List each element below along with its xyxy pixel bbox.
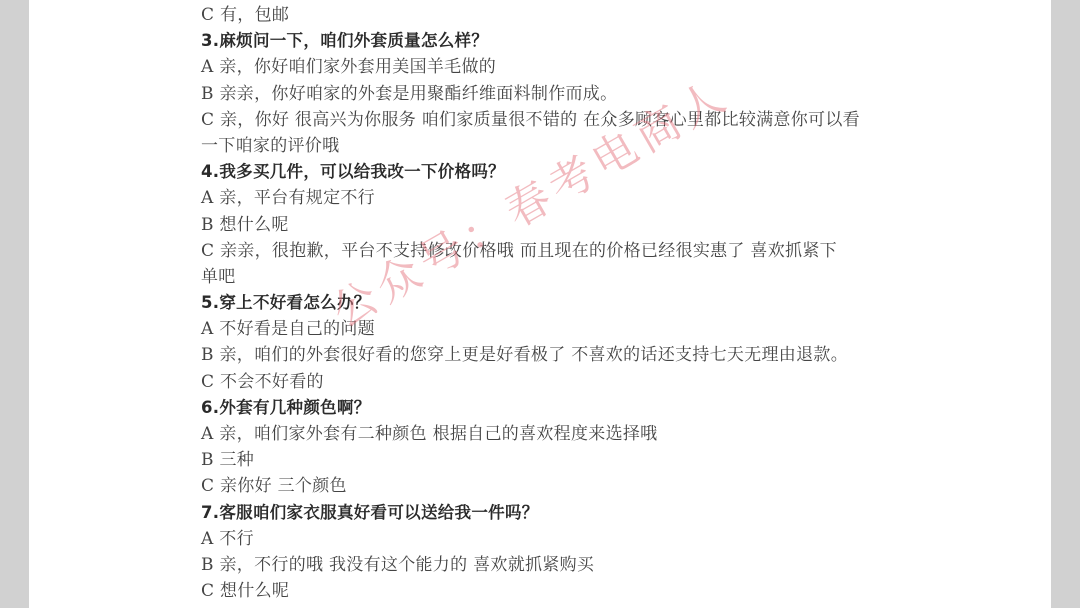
option-line: A 亲，咱们家外套有二种颜色 根据自己的喜欢程度来选择哦 [201,421,941,447]
document-page: C 有，包邮 3.麻烦问一下，咱们外套质量怎么样？ A 亲，你好咱们家外套用美国… [29,0,1051,608]
document-content: C 有，包邮 3.麻烦问一下，咱们外套质量怎么样？ A 亲，你好咱们家外套用美国… [201,2,941,604]
option-line: C 有，包邮 [201,2,941,28]
option-line: C 亲亲，很抱歉，平台不支持修改价格哦 而且现在的价格已经很实惠了 喜欢抓紧下 [201,238,941,264]
question-heading: 5.穿上不好看怎么办？ [201,290,941,316]
option-line: B 想什么呢 [201,212,941,238]
option-line: A 亲，平台有规定不行 [201,185,941,211]
option-line: C 亲你好 三个颜色 [201,473,941,499]
option-line: C 想什么呢 [201,578,941,604]
option-line: A 不好看是自己的问题 [201,316,941,342]
option-line: B 亲，咱们的外套很好看的您穿上更是好看极了 不喜欢的话还支持七天无理由退款。 [201,342,941,368]
question-heading: 3.麻烦问一下，咱们外套质量怎么样？ [201,28,941,54]
option-line: C 不会不好看的 [201,369,941,395]
option-line-continued: 一下咱家的评价哦 [201,133,941,159]
option-line: C 亲，你好 很高兴为你服务 咱们家质量很不错的 在众多顾客心里都比较满意你可以… [201,107,941,133]
question-heading: 4.我多买几件，可以给我改一下价格吗？ [201,159,941,185]
option-line-continued: 单吧 [201,264,941,290]
question-heading: 7.客服咱们家衣服真好看可以送给我一件吗？ [201,500,941,526]
option-line: B 亲亲，你好咱家的外套是用聚酯纤维面料制作而成。 [201,81,941,107]
option-line: B 三种 [201,447,941,473]
option-line: A 亲，你好咱们家外套用美国羊毛做的 [201,54,941,80]
option-line: B 亲，不行的哦 我没有这个能力的 喜欢就抓紧购买 [201,552,941,578]
option-line: A 不行 [201,526,941,552]
question-heading: 6.外套有几种颜色啊？ [201,395,941,421]
